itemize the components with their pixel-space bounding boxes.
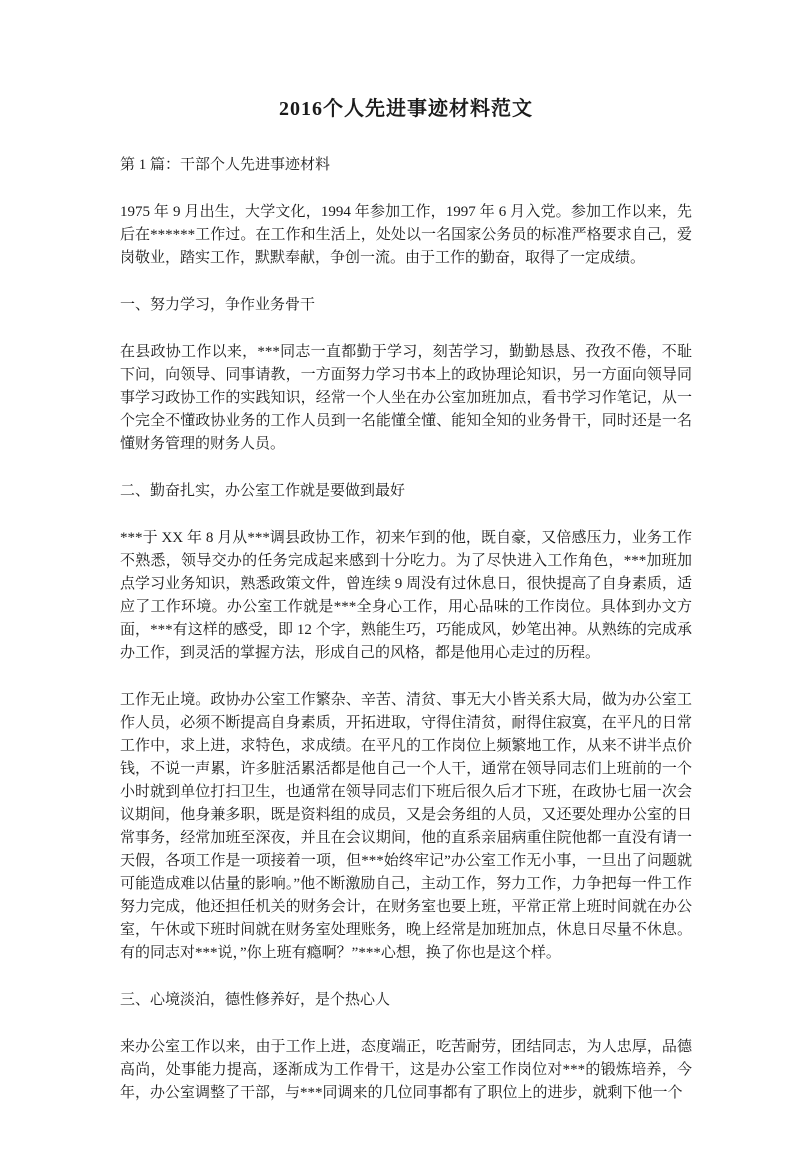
section-label: 第 1 篇：干部个人先进事迹材料 (120, 154, 692, 177)
paragraph-section-2b: 工作无止境。政协办公室工作繁杂、辛苦、清贫、事无大小皆关系大局，做为办公室工作人… (120, 689, 692, 965)
paragraph-section-1: 在县政协工作以来，***同志一直都勤于学习，刻苦学习，勤勤恳恳、孜孜不倦，不耻下… (120, 341, 692, 456)
paragraph-intro: 1975 年 9 月出生，大学文化，1994 年参加工作，1997 年 6 月入… (120, 201, 692, 270)
section-heading-2: 二、勤奋扎实，办公室工作就是要做到最好 (120, 480, 692, 503)
section-heading-3: 三、心境淡泊，德性修养好，是个热心人 (120, 989, 692, 1012)
paragraph-section-2a: ***于 XX 年 8 月从***调县政协工作，初来乍到的他，既自豪，又倍感压力… (120, 527, 692, 665)
paragraph-section-3: 来办公室工作以来，由于工作上进，态度端正，吃苦耐劳，团结同志，为人忠厚，品德高尚… (120, 1036, 692, 1105)
document-page: 2016个人先进事迹材料范文 第 1 篇：干部个人先进事迹材料 1975 年 9… (0, 0, 800, 1175)
document-title: 2016个人先进事迹材料范文 (120, 96, 692, 122)
section-heading-1: 一、努力学习，争作业务骨干 (120, 294, 692, 317)
